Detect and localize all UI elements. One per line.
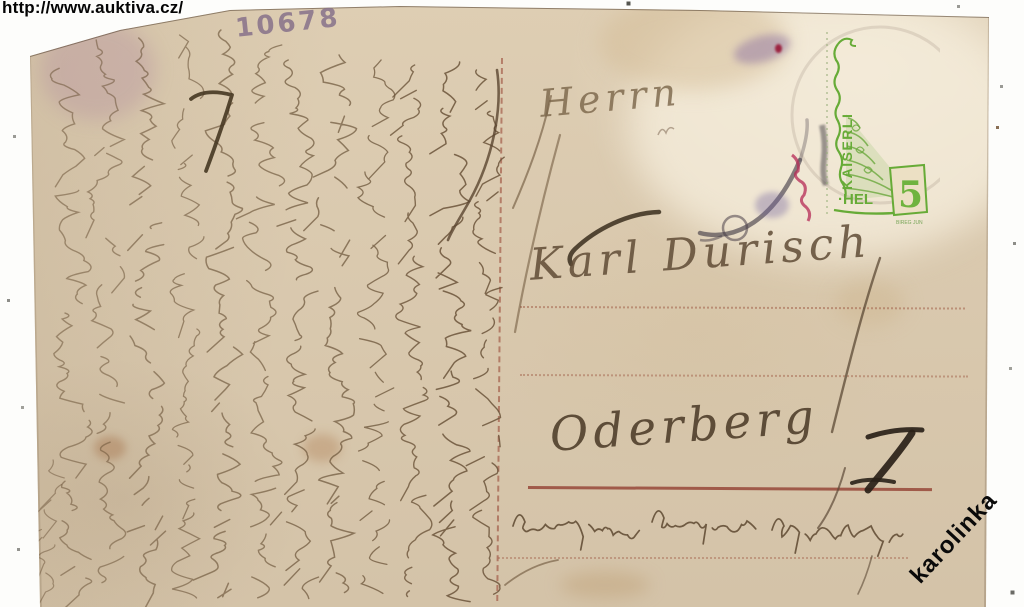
stamp: 5 KAISERLI ·HEL BIREG JUN [820, 18, 940, 233]
address-recipient-name: Karl Durisch [528, 216, 873, 291]
stamp-imprint-mark: BIREG JUN [896, 220, 923, 226]
address-dotted-line-1 [520, 306, 965, 310]
address-salutation: Herrn [538, 70, 683, 126]
card-edge [0, 0, 1024, 607]
foxing-spot [303, 434, 341, 462]
bottom-smudge [560, 572, 650, 598]
faint-stain [835, 280, 905, 326]
address-dotted-line-2 [520, 374, 968, 378]
red-ink-dot [775, 44, 782, 53]
stamp-denomination: 5 [898, 174, 923, 216]
scanned-postcard-back: 5 KAISERLI ·HEL BIREG JUN 10678 Herrn Ka… [0, 0, 1024, 607]
address-destination: Oderberg [548, 389, 821, 463]
light-patch-stain [630, 0, 1024, 260]
address-underline [528, 486, 932, 491]
postmark [630, 20, 940, 260]
denomination-shield [890, 165, 927, 215]
stamp-vertical-inscription: KAISERLI [839, 113, 855, 190]
address-divider-line [496, 58, 503, 601]
postcard: 5 KAISERLI ·HEL BIREG JUN 10678 Herrn Ka… [0, 0, 1024, 607]
violet-smudge [731, 29, 794, 69]
pencil-catalog-number: 10678 [234, 3, 342, 44]
purple-ink-smear [40, 20, 155, 120]
handwritten-message [0, 0, 1024, 607]
watermark-url: http://www.auktiva.cz/ [2, 0, 183, 18]
foxing-spot [94, 436, 126, 460]
tan-stain [598, 0, 788, 90]
stamp-bottom-inscription: ·HEL [838, 191, 873, 208]
address-dotted-line-3 [498, 557, 908, 559]
dust-specks [0, 0, 1, 1]
